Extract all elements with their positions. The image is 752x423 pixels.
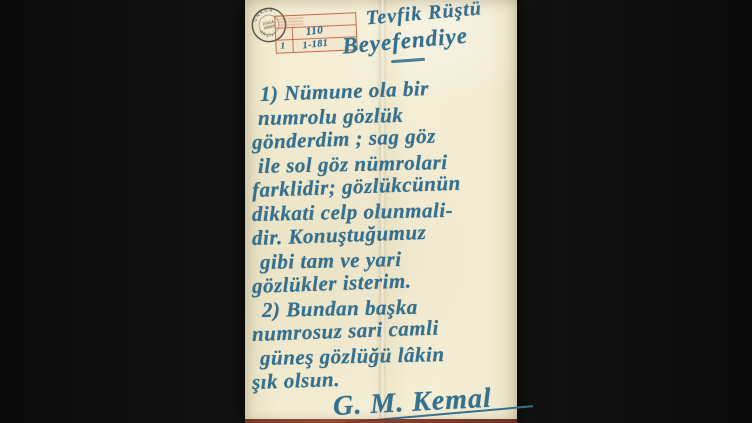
letter-addressee: Tevfik Rüştü Beyefendiye — [339, 0, 519, 60]
registry-folder-entry: 1-181 — [302, 38, 329, 52]
registry-number-entry: 110 — [305, 25, 324, 38]
registry-left-entry: 1 — [280, 40, 285, 51]
viewer-background: GNKUR. ARŞİVİ ATASE 110 1-181 1 Tevfik R… — [0, 0, 752, 423]
red-stamp-print-smudge — [277, 18, 303, 26]
paper-bottom-edge — [245, 419, 517, 423]
letter-body: 1) Nümune ola bir numrolu gözlük gönderd… — [252, 82, 514, 394]
header-dash-stroke — [391, 58, 425, 63]
letter-paper: GNKUR. ARŞİVİ ATASE 110 1-181 1 Tevfik R… — [245, 0, 517, 423]
